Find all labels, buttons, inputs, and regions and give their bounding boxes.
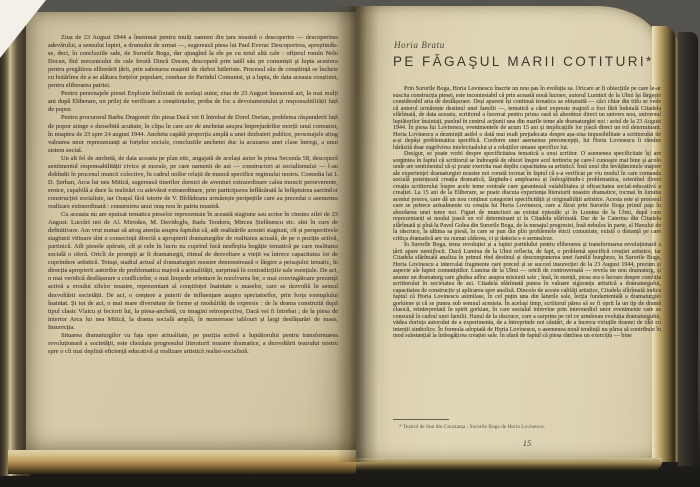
article-author: Horia Bratu	[394, 40, 445, 50]
paragraph: Cu aceasta nu am epuizat tematica piesel…	[48, 211, 338, 332]
paragraph: În Surorile Boga, tema revoluției și a l…	[393, 242, 661, 340]
paragraph: Un alt fel de anchetă, de data aceasta p…	[48, 155, 338, 211]
scanned-book-photo: Ziua de 23 August 1944 a însemnat pentru…	[0, 0, 700, 487]
photo-corner-triangle	[0, 0, 46, 58]
paragraph: Pentru personajele piesei Explozie întîr…	[48, 90, 338, 114]
paragraph: Desigur, se poate vorbi despre specifici…	[393, 151, 661, 242]
page-stack-bottom-right-edge	[356, 458, 662, 470]
paragraph: Situarea dramaturgilor cu fața spre actu…	[48, 332, 338, 356]
paragraph: Ziua de 23 August 1944 a însemnat pentru…	[48, 34, 338, 90]
page-number: 15	[393, 438, 661, 448]
right-page-text: Prin Surorile Boga, Horia Lovinescu însc…	[393, 86, 661, 340]
footnote: * Teatrul de Stat din Constanța : Surori…	[399, 424, 661, 430]
page-stack-bottom-edge	[8, 450, 356, 474]
book-cover-right	[678, 32, 698, 466]
footnote-rule	[393, 419, 449, 420]
article-title: PE FĂGAŞUL MARII COTITURI*	[393, 54, 654, 69]
paragraph: Pentru procurorul Barbu Dragomir din pie…	[48, 114, 338, 154]
paragraph: Prin Surorile Boga, Horia Lovinescu însc…	[393, 86, 661, 151]
left-page-text: Ziua de 23 August 1944 a însemnat pentru…	[48, 34, 338, 356]
